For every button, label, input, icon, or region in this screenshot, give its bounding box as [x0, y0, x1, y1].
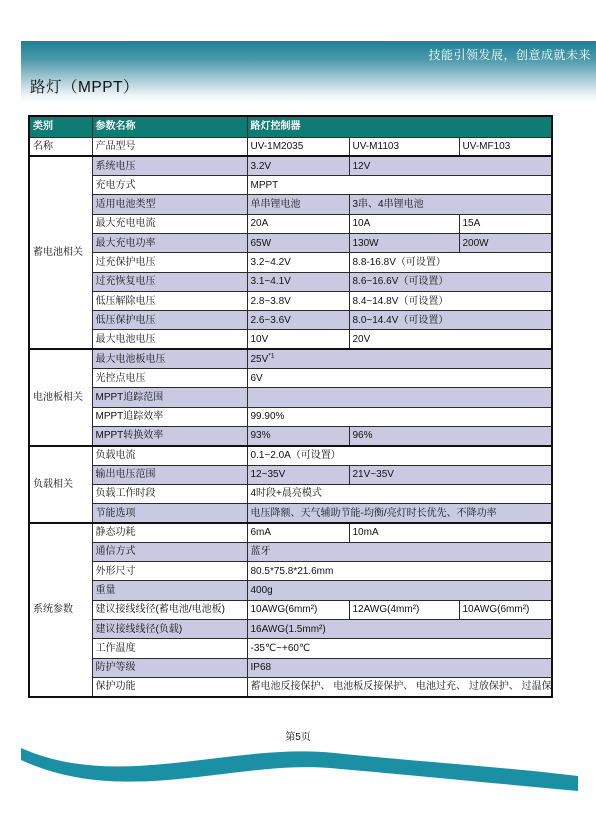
spec-cell: 电压降额、天气辅助节能-均衡/亮灯时长优先、不降功率: [247, 504, 552, 523]
spec-cell: 2.6~3.6V: [247, 311, 349, 330]
table-row: 电池板相关最大电池板电压25V*1: [29, 349, 552, 368]
table-row: 防护等级IP68: [29, 658, 552, 677]
spec-cell: MPPT追踪范围: [92, 388, 247, 407]
spec-cell: 10V: [247, 330, 349, 349]
table-row: 负载工作时段4时段+晨亮模式: [29, 484, 552, 503]
page-title: 路灯（MPPT）: [30, 75, 139, 97]
spec-cell: 建议接线线径(蓄电池/电池板): [92, 600, 247, 619]
spec-cell: 单串锂电池: [247, 195, 349, 214]
spec-cell: 93%: [247, 426, 349, 445]
table-row: MPPT追踪效率99.90%: [29, 407, 552, 426]
spec-cell: 3.2~4.2V: [247, 253, 349, 272]
spec-cell: 8.6~16.6V（可设置）: [349, 272, 552, 291]
table-row: 适用电池类型单串锂电池3串、4串锂电池: [29, 195, 552, 214]
spec-cell: 3.1~4.1V: [247, 272, 349, 291]
table-row: 低压解除电压2.8~3.8V8.4~14.8V（可设置）: [29, 291, 552, 310]
table-row: 建议接线线径(负载)16AWG(1.5mm²): [29, 619, 552, 638]
wave-shape: [21, 748, 578, 791]
spec-cell: 16AWG(1.5mm²): [247, 619, 552, 638]
spec-cell: MPPT: [247, 176, 552, 195]
table-row: 系统参数静态功耗6mA10mA: [29, 523, 552, 542]
spec-cell: 130W: [349, 233, 459, 252]
spec-cell: UV-1M2035: [247, 137, 349, 156]
spec-cell: 重量: [92, 581, 247, 600]
spec-cell: 80.5*75.8*21.6mm: [247, 562, 552, 581]
spec-cell: 最大充电电流: [92, 214, 247, 233]
category-cell: 电池板相关: [29, 349, 92, 445]
table-row: 负载相关负载电流0.1~2.0A（可设置）: [29, 446, 552, 465]
spec-cell: 静态功耗: [92, 523, 247, 542]
spec-cell: 10mA: [349, 523, 552, 542]
spec-cell: 15A: [459, 214, 552, 233]
spec-cell: 6V: [247, 369, 552, 388]
spec-table: 类别 参数名称 路灯控制器 名称产品型号UV-1M2035UV-M1103UV-…: [28, 115, 553, 698]
table-row: 输出电压范围12~35V21V~35V: [29, 465, 552, 484]
spec-cell: 8.4~14.8V（可设置）: [349, 291, 552, 310]
table-row: 外形尺寸80.5*75.8*21.6mm: [29, 562, 552, 581]
spec-cell: 通信方式: [92, 542, 247, 561]
table-row: 低压保护电压2.6~3.6V8.0~14.4V（可设置）: [29, 311, 552, 330]
spec-cell: 节能选项: [92, 504, 247, 523]
category-cell: 系统参数: [29, 523, 92, 697]
spec-cell: 负载工作时段: [92, 484, 247, 503]
header-banner: 技能引领发展，创意成就未来 路灯（MPPT）: [21, 41, 596, 103]
footnote-marker: *1: [268, 352, 274, 359]
spec-cell: 产品型号: [92, 137, 247, 156]
spec-cell: 4时段+晨亮模式: [247, 484, 552, 503]
table-row: MPPT追踪范围: [29, 388, 552, 407]
table-row: 蓄电池相关系统电压3.2V12V: [29, 156, 552, 175]
spec-cell: 12V: [349, 156, 552, 175]
table-row: 重量400g: [29, 581, 552, 600]
spec-cell: UV-MF103: [459, 137, 552, 156]
table-row: 建议接线线径(蓄电池/电池板)10AWG(6mm²)12AWG(4mm²)10A…: [29, 600, 552, 619]
spec-cell: 最大电池板电压: [92, 349, 247, 368]
spec-cell: 12~35V: [247, 465, 349, 484]
spec-cell: 3.2V: [247, 156, 349, 175]
spec-cell: 低压解除电压: [92, 291, 247, 310]
spec-cell: 2.8~3.8V: [247, 291, 349, 310]
table-row: 工作温度-35℃~+60℃: [29, 639, 552, 658]
table-row: 名称产品型号UV-1M2035UV-M1103UV-MF103: [29, 137, 552, 156]
table-row: 保护功能蓄电池反接保护、 电池板反接保护、 电池过充、 过放保护、 过温保护、 …: [29, 677, 552, 696]
header-category: 类别: [29, 116, 92, 137]
spec-cell: 充电方式: [92, 176, 247, 195]
spec-cell: 200W: [459, 233, 552, 252]
spec-cell: 8.8-16.8V（可设置）: [349, 253, 552, 272]
spec-cell: 过充保护电压: [92, 253, 247, 272]
footer-wave-graphic: [0, 740, 596, 815]
spec-cell: 21V~35V: [349, 465, 552, 484]
spec-cell: 8.0~14.4V（可设置）: [349, 311, 552, 330]
table-header-row: 类别 参数名称 路灯控制器: [29, 116, 552, 137]
spec-cell: 10AWG(6mm²): [247, 600, 349, 619]
spec-cell: 3串、4串锂电池: [349, 195, 552, 214]
header-param-name: 参数名称: [92, 116, 247, 137]
table-row: 节能选项电压降额、天气辅助节能-均衡/亮灯时长优先、不降功率: [29, 504, 552, 523]
spec-cell: 20A: [247, 214, 349, 233]
table-row: 过充恢复电压3.1~4.1V8.6~16.6V（可设置）: [29, 272, 552, 291]
spec-cell: IP68: [247, 658, 552, 677]
spec-cell: 适用电池类型: [92, 195, 247, 214]
spec-cell: MPPT追踪效率: [92, 407, 247, 426]
spec-cell: 0.1~2.0A（可设置）: [247, 446, 552, 465]
spec-cell: 99.90%: [247, 407, 552, 426]
spec-cell: 20V: [349, 330, 552, 349]
spec-cell: 系统电压: [92, 156, 247, 175]
spec-cell: 蓄电池反接保护、 电池板反接保护、 电池过充、 过放保护、 过温保护、 负载短路…: [247, 677, 552, 696]
spec-cell: 10A: [349, 214, 459, 233]
header-controller: 路灯控制器: [247, 116, 552, 137]
spec-cell: 最大充电功率: [92, 233, 247, 252]
spec-cell: 过充恢复电压: [92, 272, 247, 291]
table-row: 光控点电压6V: [29, 369, 552, 388]
document-page: 技能引领发展，创意成就未来 路灯（MPPT） 类别 参数名称 路灯控制器 名称产…: [0, 0, 596, 815]
spec-cell: 6mA: [247, 523, 349, 542]
table-row: 过充保护电压3.2~4.2V8.8-16.8V（可设置）: [29, 253, 552, 272]
spec-cell: 最大电池电压: [92, 330, 247, 349]
spec-cell: [247, 388, 552, 407]
category-cell: 负载相关: [29, 446, 92, 523]
spec-cell: 负载电流: [92, 446, 247, 465]
table-row: 最大充电电流20A10A15A: [29, 214, 552, 233]
spec-cell: 25V*1: [247, 349, 552, 368]
spec-table-body: 名称产品型号UV-1M2035UV-M1103UV-MF103蓄电池相关系统电压…: [29, 137, 552, 697]
table-row: 通信方式蓝牙: [29, 542, 552, 561]
spec-cell: 光控点电压: [92, 369, 247, 388]
spec-cell: 96%: [349, 426, 552, 445]
spec-cell: 400g: [247, 581, 552, 600]
table-row: 最大电池电压10V20V: [29, 330, 552, 349]
spec-cell: 工作温度: [92, 639, 247, 658]
company-slogan: 技能引领发展，创意成就未来: [428, 46, 591, 63]
spec-cell: -35℃~+60℃: [247, 639, 552, 658]
spec-cell: 外形尺寸: [92, 562, 247, 581]
table-row: 最大充电功率65W130W200W: [29, 233, 552, 252]
spec-cell: 蓝牙: [247, 542, 552, 561]
spec-cell: 输出电压范围: [92, 465, 247, 484]
category-cell: 名称: [29, 137, 92, 156]
category-cell: 蓄电池相关: [29, 156, 92, 349]
spec-cell: 低压保护电压: [92, 311, 247, 330]
spec-cell: MPPT转换效率: [92, 426, 247, 445]
table-row: 充电方式MPPT: [29, 176, 552, 195]
spec-cell: 防护等级: [92, 658, 247, 677]
table-row: MPPT转换效率93%96%: [29, 426, 552, 445]
spec-cell: 12AWG(4mm²): [349, 600, 459, 619]
spec-cell: 建议接线线径(负载): [92, 619, 247, 638]
spec-cell: 10AWG(6mm²): [459, 600, 552, 619]
spec-cell: 保护功能: [92, 677, 247, 696]
spec-cell: UV-M1103: [349, 137, 459, 156]
spec-cell: 65W: [247, 233, 349, 252]
